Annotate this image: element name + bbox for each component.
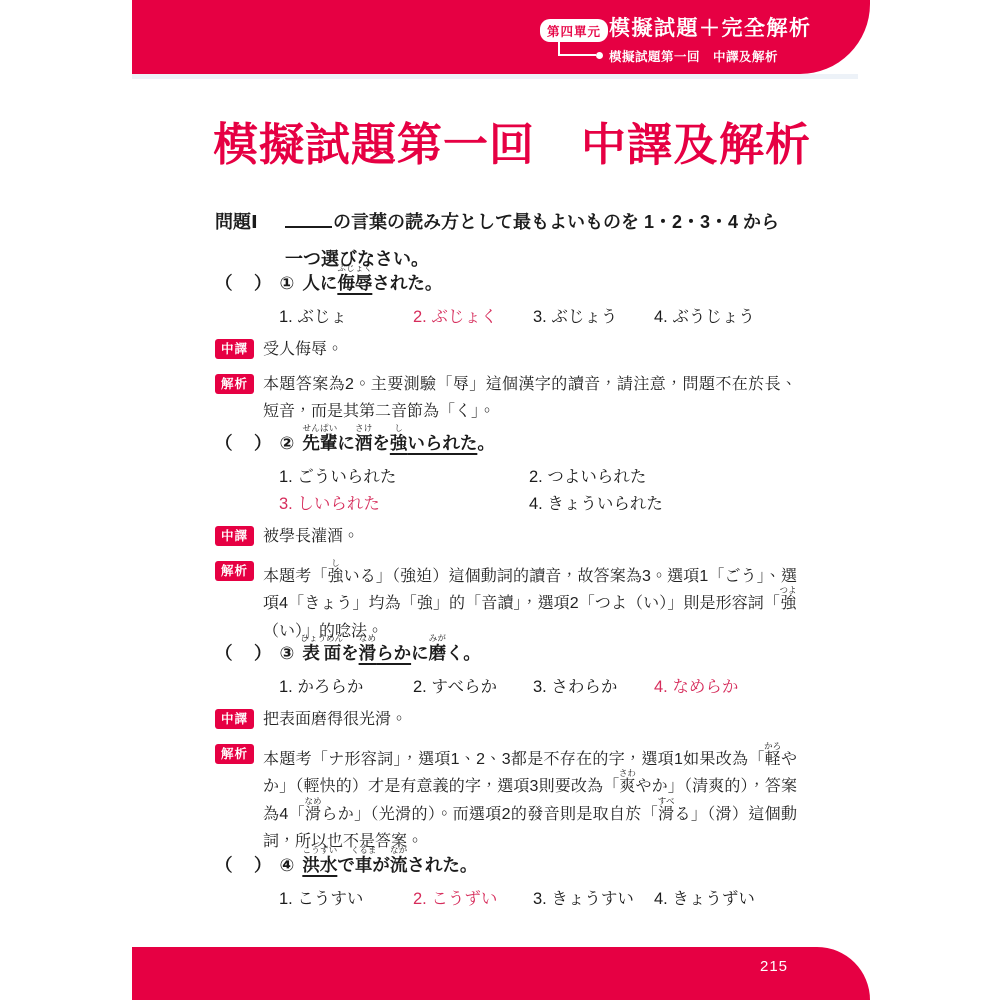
analysis-row: 解析本題考「ナ形容詞」，選項1、2、3都是不存在的字，選項1如果改為「軽かろやか… [215, 741, 809, 856]
analysis-text: 本題答案為2。主要測驗「辱」這個漢字的讀音，請注意，問題不在於長、短音，而是其第… [263, 371, 797, 426]
footer-band: 215 [132, 947, 870, 1000]
translation-badge: 中譯 [215, 709, 254, 729]
question-number: ④ [280, 855, 295, 875]
question-block: （ ）④洪水こうずいで車くるまが流ながされた。1. こうすい2. こうずい3. … [215, 842, 809, 911]
option: 1. かろらか [279, 675, 413, 699]
underlined-term: らか [376, 643, 411, 663]
option: 1. こうすい [279, 887, 413, 911]
translation-row: 中譯被學長灌酒。 [215, 523, 809, 551]
option: 3. ぶじょう [533, 305, 654, 329]
options-row: 1. こうすい2. こうずい3. きょうすい4. きょうずい [215, 887, 809, 911]
answer-parentheses: （ ） [215, 643, 274, 663]
analysis-badge: 解析 [215, 744, 254, 764]
translation-text: 把表面磨得很光滑。 [263, 706, 797, 734]
connector-line [558, 41, 596, 56]
question-sentence: （ ）③表面ひょうめんを滑なめらかに磨みがく。 [215, 630, 809, 668]
translation-row: 中譯受人侮辱。 [215, 336, 809, 364]
question-block: （ ）②先輩せんぱいに酒さけを強しいられた。1. ごういられた2. つよいられた… [215, 420, 809, 645]
option-correct: 2. ぶじょく [413, 305, 533, 329]
translation-text: 受人侮辱。 [263, 336, 797, 364]
option: 1. ぶじょ [279, 305, 413, 329]
header-band: 第四單元 模擬試題＋完全解析 模擬試題第一回 中譯及解析 [132, 0, 870, 74]
page-number: 215 [754, 958, 794, 975]
option: 3. きょうすい [533, 887, 654, 911]
question-block: （ ）③表面ひょうめんを滑なめらかに磨みがく。1. かろらか2. すべらか3. … [215, 630, 809, 856]
answer-parentheses: （ ） [215, 433, 274, 453]
analysis-text: 本題考「ナ形容詞」，選項1、2、3都是不存在的字，選項1如果改為「軽かろやか」（… [263, 741, 797, 856]
underlined-term: いられた [407, 433, 477, 453]
analysis-row: 解析本題答案為2。主要測驗「辱」這個漢字的讀音，請注意，問題不在於長、短音，而是… [215, 371, 809, 426]
options-row: 1. かろらか2. すべらか3. さわらか4. なめらか [215, 675, 809, 699]
option: 4. きょういられた [529, 492, 809, 516]
option: 4. きょうずい [654, 887, 809, 911]
option: 3. さわらか [533, 675, 654, 699]
translation-badge: 中譯 [215, 526, 254, 546]
question-sentence: （ ）①人に侮辱ぶじょくされた。 [215, 260, 809, 298]
blank-underline [285, 210, 332, 228]
translation-badge: 中譯 [215, 339, 254, 359]
analysis-badge: 解析 [215, 561, 254, 581]
question-block: （ ）①人に侮辱ぶじょくされた。1. ぶじょ2. ぶじょく3. ぶじょう4. ぶ… [215, 260, 809, 426]
question-sentence: （ ）④洪水こうずいで車くるまが流ながされた。 [215, 842, 809, 880]
translation-text: 被學長灌酒。 [263, 523, 797, 551]
answer-parentheses: （ ） [215, 855, 274, 875]
analysis-badge: 解析 [215, 374, 254, 394]
question-number: ③ [280, 643, 295, 663]
header-subtitle: 模擬試題第一回 中譯及解析 [609, 47, 778, 65]
answer-parentheses: （ ） [215, 273, 274, 293]
unit-badge: 第四單元 [540, 19, 608, 42]
translation-row: 中譯把表面磨得很光滑。 [215, 706, 809, 734]
option-correct: 3. しいられた [279, 492, 529, 516]
option: 2. つよいられた [529, 465, 809, 489]
option-correct: 4. なめらか [654, 675, 809, 699]
page-title: 模擬試題第一回 中譯及解析 [213, 108, 811, 173]
underlined-term: 侮辱ぶじょく [337, 273, 372, 293]
underlined-term: 強し [390, 433, 408, 453]
underlined-term: 洪水こうずい [302, 855, 337, 875]
options-row: 1. ぶじょ2. ぶじょく3. ぶじょう4. ぶうじょう [215, 305, 809, 329]
bullet-icon [596, 52, 603, 59]
question-number: ② [280, 433, 295, 453]
header-band-shadow [132, 74, 858, 79]
option: 1. ごういられた [279, 465, 529, 489]
option: 4. ぶうじょう [654, 305, 809, 329]
options-row: 1. ごういられた2. つよいられた3. しいられた4. きょういられた [215, 465, 809, 516]
question-number: ① [280, 273, 295, 293]
option-correct: 2. こうずい [413, 887, 533, 911]
question-sentence: （ ）②先輩せんぱいに酒さけを強しいられた。 [215, 420, 809, 458]
underlined-term: 滑なめ [359, 643, 377, 663]
option: 2. すべらか [413, 675, 533, 699]
header-title: 模擬試題＋完全解析 [609, 12, 812, 42]
